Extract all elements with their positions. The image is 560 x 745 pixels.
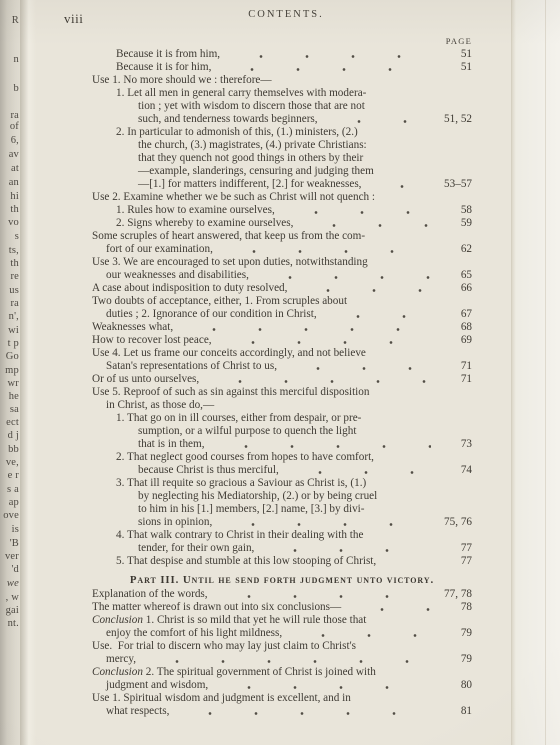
page-number: 77, 78	[436, 588, 472, 601]
toc-row: our weaknesses and disabilities,65	[92, 269, 472, 282]
toc-row: judgment and wisdom,80	[92, 679, 472, 692]
page-header-title: CONTENTS.	[66, 9, 506, 20]
toc-line-text: because Christ is thus merciful,	[92, 464, 279, 477]
toc-line-text: tion ; yet with wisdom to discern those …	[92, 100, 365, 113]
toc-row: duties ; 2. Ignorance of our condition i…	[92, 308, 472, 321]
leader-dots	[324, 113, 431, 126]
toc-line-text: Conclusion 1. Christ is so mild that yet…	[92, 614, 366, 627]
toc-line-text: 4. That walk contrary to Christ in their…	[92, 529, 363, 542]
page-edge-fragment: th	[10, 259, 19, 269]
page-number: 51	[436, 48, 472, 61]
toc-row: —example, slanderings, censuring and jud…	[92, 165, 472, 178]
page-edge-fragment: gai	[6, 606, 19, 616]
toc-line-text: Because it is for him,	[92, 61, 211, 74]
toc-line-text: fort of our examination,	[92, 243, 213, 256]
page-edge-fragment: s	[15, 232, 19, 242]
page-edge-fragment: wr	[8, 379, 19, 389]
page-edge-fragment: mp	[5, 366, 19, 376]
page-edge-fragment: we	[7, 579, 19, 589]
leader-dots	[218, 516, 431, 529]
page-edge-fragment: ap	[9, 498, 19, 508]
page-edge-fragment: t p	[8, 339, 19, 349]
page-number: 78	[436, 601, 472, 614]
toc-line-text: Or of us unto ourselves,	[92, 373, 199, 386]
page-number: 69	[436, 334, 472, 347]
leader-dots	[367, 178, 431, 191]
page-edge-fragment: of	[10, 122, 19, 132]
toc-row: Some scruples of heart answered, that ke…	[92, 230, 472, 243]
toc-line-text: Conclusion 2. The spiritual government o…	[92, 666, 376, 679]
page-edge-fragment: vo	[8, 218, 19, 228]
toc-row: Because it is for him,51	[92, 61, 472, 74]
page-number: 68	[436, 321, 472, 334]
leader-dots	[142, 653, 431, 666]
toc-line-text: that they quench not good things in othe…	[92, 152, 363, 165]
toc-row: because Christ is thus merciful,74	[92, 464, 472, 477]
toc-line-text: tender, for their own gain,	[92, 542, 254, 555]
toc-row: Two doubts of acceptance, either, 1. Fro…	[92, 295, 472, 308]
toc-line-text: that is in them,	[92, 438, 205, 451]
toc-row: Conclusion 2. The spiritual government o…	[92, 666, 472, 679]
toc-line-text: Use 5. Reproof of such as sin against th…	[92, 386, 369, 399]
toc-row: 2. In particular to admonish of this, (1…	[92, 126, 472, 139]
toc-line-text: to him in his [1.] members, [2.] name, […	[92, 503, 365, 516]
leader-dots	[323, 308, 431, 321]
toc-row: 3. That ill requite so gracious a Saviou…	[92, 477, 472, 490]
toc-row: that they quench not good things in othe…	[92, 152, 472, 165]
page-edge-fragment: hi	[10, 192, 19, 202]
toc-row: 1. That go on in ill courses, either fro…	[92, 412, 472, 425]
leader-dots	[347, 601, 431, 614]
page-number: 75, 76	[436, 516, 472, 529]
toc-row: Use 4. Let us frame our conceits accordi…	[92, 347, 472, 360]
contents-page: viii CONTENTS. PAGE Because it is from h…	[36, 0, 512, 745]
fore-edge-pages	[511, 0, 560, 745]
leader-dots	[175, 705, 431, 718]
leader-dots	[293, 282, 431, 295]
page-number: 81	[436, 705, 472, 718]
leader-spacer	[376, 555, 436, 568]
toc-row: 5. That despise and stumble at this low …	[92, 555, 472, 568]
toc-row: Weaknesses what,68	[92, 321, 472, 334]
toc-line-text: by neglecting his Mediatorship, (2.) or …	[92, 490, 377, 503]
page-edge-fragment: ts,	[9, 246, 19, 256]
toc-line-text: sions in opinion,	[92, 516, 212, 529]
toc-row: 2. That neglect good courses from hopes …	[92, 451, 472, 464]
toc-line-text: 2. Signs whereby to examine ourselves,	[92, 217, 293, 230]
toc-line-text: 2. That neglect good courses from hopes …	[92, 451, 374, 464]
page-number: 58	[436, 204, 472, 217]
toc-line-text: Use 4. Let us frame our conceits accordi…	[92, 347, 366, 360]
leader-dots	[283, 360, 431, 373]
toc-row: Use 3. We are encouraged to set upon dut…	[92, 256, 472, 269]
toc-row: Use 5. Reproof of such as sin against th…	[92, 386, 472, 399]
leader-dots	[260, 542, 431, 555]
page-edge-fragment: th	[10, 205, 19, 215]
toc-row: Use 1. No more should we : therefore—	[92, 74, 472, 87]
page-edge-line	[545, 0, 546, 745]
leader-dots	[179, 321, 431, 334]
page-number: 73	[436, 438, 472, 451]
page-number: 62	[436, 243, 472, 256]
page-edge-fragment: 6,	[11, 136, 19, 146]
toc-row: 1. Let all men in general carry themselv…	[92, 87, 472, 100]
toc-line-text: in Christ, as those do,—	[92, 399, 214, 412]
leader-dots	[205, 373, 431, 386]
leader-dots	[281, 204, 431, 217]
table-of-contents: Because it is from him,51Because it is f…	[92, 48, 472, 718]
page-edge-fragment: ver	[5, 552, 19, 562]
toc-row: in Christ, as those do,—	[92, 399, 472, 412]
toc-line-text: 1. That go on in ill courses, either fro…	[92, 412, 361, 425]
page-number: 80	[436, 679, 472, 692]
toc-line-text: —example, slanderings, censuring and jud…	[92, 165, 374, 178]
page-edge-fragment: e r	[8, 471, 19, 481]
toc-row: Use. For trial to discern who may lay ju…	[92, 640, 472, 653]
toc-line-text: sumption, or a wilful purpose to quench …	[92, 425, 356, 438]
page-edge-fragment: is	[12, 525, 19, 535]
toc-row: Use 2. Examine whether we be such as Chr…	[92, 191, 472, 204]
gutter-crease	[20, 0, 36, 745]
page-number: 77	[436, 555, 472, 568]
page-edge-fragment: ve,	[6, 458, 19, 468]
toc-row: the church, (3.) magistrates, (4.) priva…	[92, 139, 472, 152]
toc-line-text: The matter whereof is drawn out into six…	[92, 601, 341, 614]
page-edge-fragment: he	[9, 392, 19, 402]
leader-dots	[226, 48, 431, 61]
toc-line-text: what respects,	[92, 705, 169, 718]
toc-line-text: 3. That ill requite so gracious a Saviou…	[92, 477, 366, 490]
toc-row: 2. Signs whereby to examine ourselves,59	[92, 217, 472, 230]
toc-row: to him in his [1.] members, [2.] name, […	[92, 503, 472, 516]
toc-line-text: duties ; 2. Ignorance of our condition i…	[92, 308, 317, 321]
page-edge-fragment: 'd	[11, 565, 19, 575]
toc-row: what respects,81	[92, 705, 472, 718]
part-heading: Part III. Until he send forth judgment u…	[92, 574, 472, 587]
toc-line-text: 1. Let all men in general carry themselv…	[92, 87, 366, 100]
page-edge-fragment: n	[14, 55, 19, 65]
toc-line-text: Two doubts of acceptance, either, 1. Fro…	[92, 295, 347, 308]
toc-line-text: such, and tenderness towards beginners,	[92, 113, 318, 126]
toc-row: such, and tenderness towards beginners,5…	[92, 113, 472, 126]
toc-row: The matter whereof is drawn out into six…	[92, 601, 472, 614]
page-edge-fragment: sa	[10, 405, 19, 415]
page-edge-fragment: ect	[6, 418, 19, 428]
toc-line-text: Because it is from him,	[92, 48, 220, 61]
toc-line-text: 1. Rules how to examine ourselves,	[92, 204, 275, 217]
toc-row: 4. That walk contrary to Christ in their…	[92, 529, 472, 542]
toc-line-text: Use 1. No more should we : therefore—	[92, 74, 272, 87]
leader-dots	[255, 269, 431, 282]
toc-line-text: A case about indisposition to duty resol…	[92, 282, 287, 295]
toc-line-text: judgment and wisdom,	[92, 679, 208, 692]
toc-line-text: enjoy the comfort of his light mildness,	[92, 627, 282, 640]
toc-row: tender, for their own gain,77	[92, 542, 472, 555]
page-edge-fragment: ove	[3, 511, 19, 521]
page-edge-fragment: ra	[10, 299, 19, 309]
page-number: 59	[436, 217, 472, 230]
leader-dots	[288, 627, 431, 640]
page-number: 74	[436, 464, 472, 477]
page-edge-fragment: wi	[8, 326, 19, 336]
page-edge-fragment: Go	[6, 352, 19, 362]
toc-row: Because it is from him,51	[92, 48, 472, 61]
toc-row: 1. Rules how to examine ourselves,58	[92, 204, 472, 217]
leader-dots	[217, 61, 431, 74]
toc-row: sions in opinion,75, 76	[92, 516, 472, 529]
page-number: 79	[436, 653, 472, 666]
leader-dots	[285, 464, 431, 477]
toc-row: Explanation of the words,77, 78	[92, 588, 472, 601]
toc-line-text: Some scruples of heart answered, that ke…	[92, 230, 365, 243]
page-edge-fragment: ra	[10, 111, 19, 121]
toc-line-text: Use 3. We are encouraged to set upon dut…	[92, 256, 368, 269]
page-number: 66	[436, 282, 472, 295]
page-edge-fragment: , w	[6, 593, 19, 603]
page-edge-fragment: re	[10, 272, 19, 282]
leader-dots	[214, 588, 431, 601]
toc-row: sumption, or a wilful purpose to quench …	[92, 425, 472, 438]
page-number: 53–57	[436, 178, 472, 191]
facing-page-edge: Rnbraof6,avatanhithvosts,threusran',wit …	[0, 0, 20, 745]
toc-line-text: the church, (3.) magistrates, (4.) priva…	[92, 139, 367, 152]
page-edge-fragment: nt.	[8, 619, 19, 629]
page-edge-fragment: 'B	[10, 539, 19, 549]
page-edge-fragment: at	[11, 164, 19, 174]
leader-dots	[299, 217, 431, 230]
toc-row: How to recover lost peace,69	[92, 334, 472, 347]
toc-row: Or of us unto ourselves,71	[92, 373, 472, 386]
leader-dots	[218, 334, 431, 347]
page-number: 71	[436, 360, 472, 373]
leader-dots	[211, 438, 432, 451]
toc-line-text: mercy,	[92, 653, 136, 666]
page-edge-fragment: n',	[9, 312, 19, 322]
toc-line-text: —[1.] for matters indifferent, [2.] for …	[92, 178, 361, 191]
toc-row: —[1.] for matters indifferent, [2.] for …	[92, 178, 472, 191]
toc-row: by neglecting his Mediatorship, (2.) or …	[92, 490, 472, 503]
toc-line-text: Use 2. Examine whether we be such as Chr…	[92, 191, 375, 204]
toc-line-text: Satan's representations of Christ to us,	[92, 360, 277, 373]
toc-row: Satan's representations of Christ to us,…	[92, 360, 472, 373]
page-number: 71	[436, 373, 472, 386]
page-number: 79	[436, 627, 472, 640]
page-number: 77	[436, 542, 472, 555]
toc-row: Conclusion 1. Christ is so mild that yet…	[92, 614, 472, 627]
page-number: 51, 52	[436, 113, 472, 126]
page-edge-fragment: b	[14, 84, 19, 94]
page-edge-fragment: an	[9, 178, 19, 188]
toc-line-text: Weaknesses what,	[92, 321, 173, 334]
toc-line-text: 2. In particular to admonish of this, (1…	[92, 126, 358, 139]
toc-row: fort of our examination,62	[92, 243, 472, 256]
page-edge-fragment: d j	[8, 431, 19, 441]
leader-dots	[219, 243, 431, 256]
page-number: 65	[436, 269, 472, 282]
page-column-label: PAGE	[446, 36, 472, 46]
toc-line-text: How to recover lost peace,	[92, 334, 212, 347]
toc-line-text: Use. For trial to discern who may lay ju…	[92, 640, 356, 653]
toc-row: enjoy the comfort of his light mildness,…	[92, 627, 472, 640]
toc-row: Use 1. Spiritual wisdom and judgment is …	[92, 692, 472, 705]
leader-dots	[214, 679, 431, 692]
toc-row: A case about indisposition to duty resol…	[92, 282, 472, 295]
page-edge-fragment: R	[12, 16, 19, 26]
toc-line-text: Use 1. Spiritual wisdom and judgment is …	[92, 692, 351, 705]
page-number: 51	[436, 61, 472, 74]
page-edge-fragment: av	[9, 150, 19, 160]
toc-line-text: our weaknesses and disabilities,	[92, 269, 249, 282]
toc-row: tion ; yet with wisdom to discern those …	[92, 100, 472, 113]
page-edge-fragment: bb	[8, 445, 19, 455]
toc-line-text: Explanation of the words,	[92, 588, 208, 601]
page-edge-fragment: s a	[7, 485, 19, 495]
page-edge-fragment: us	[9, 286, 19, 296]
toc-row: that is in them,73	[92, 438, 472, 451]
page-number: 67	[436, 308, 472, 321]
toc-row: mercy,79	[92, 653, 472, 666]
toc-line-text: 5. That despise and stumble at this low …	[92, 555, 376, 568]
